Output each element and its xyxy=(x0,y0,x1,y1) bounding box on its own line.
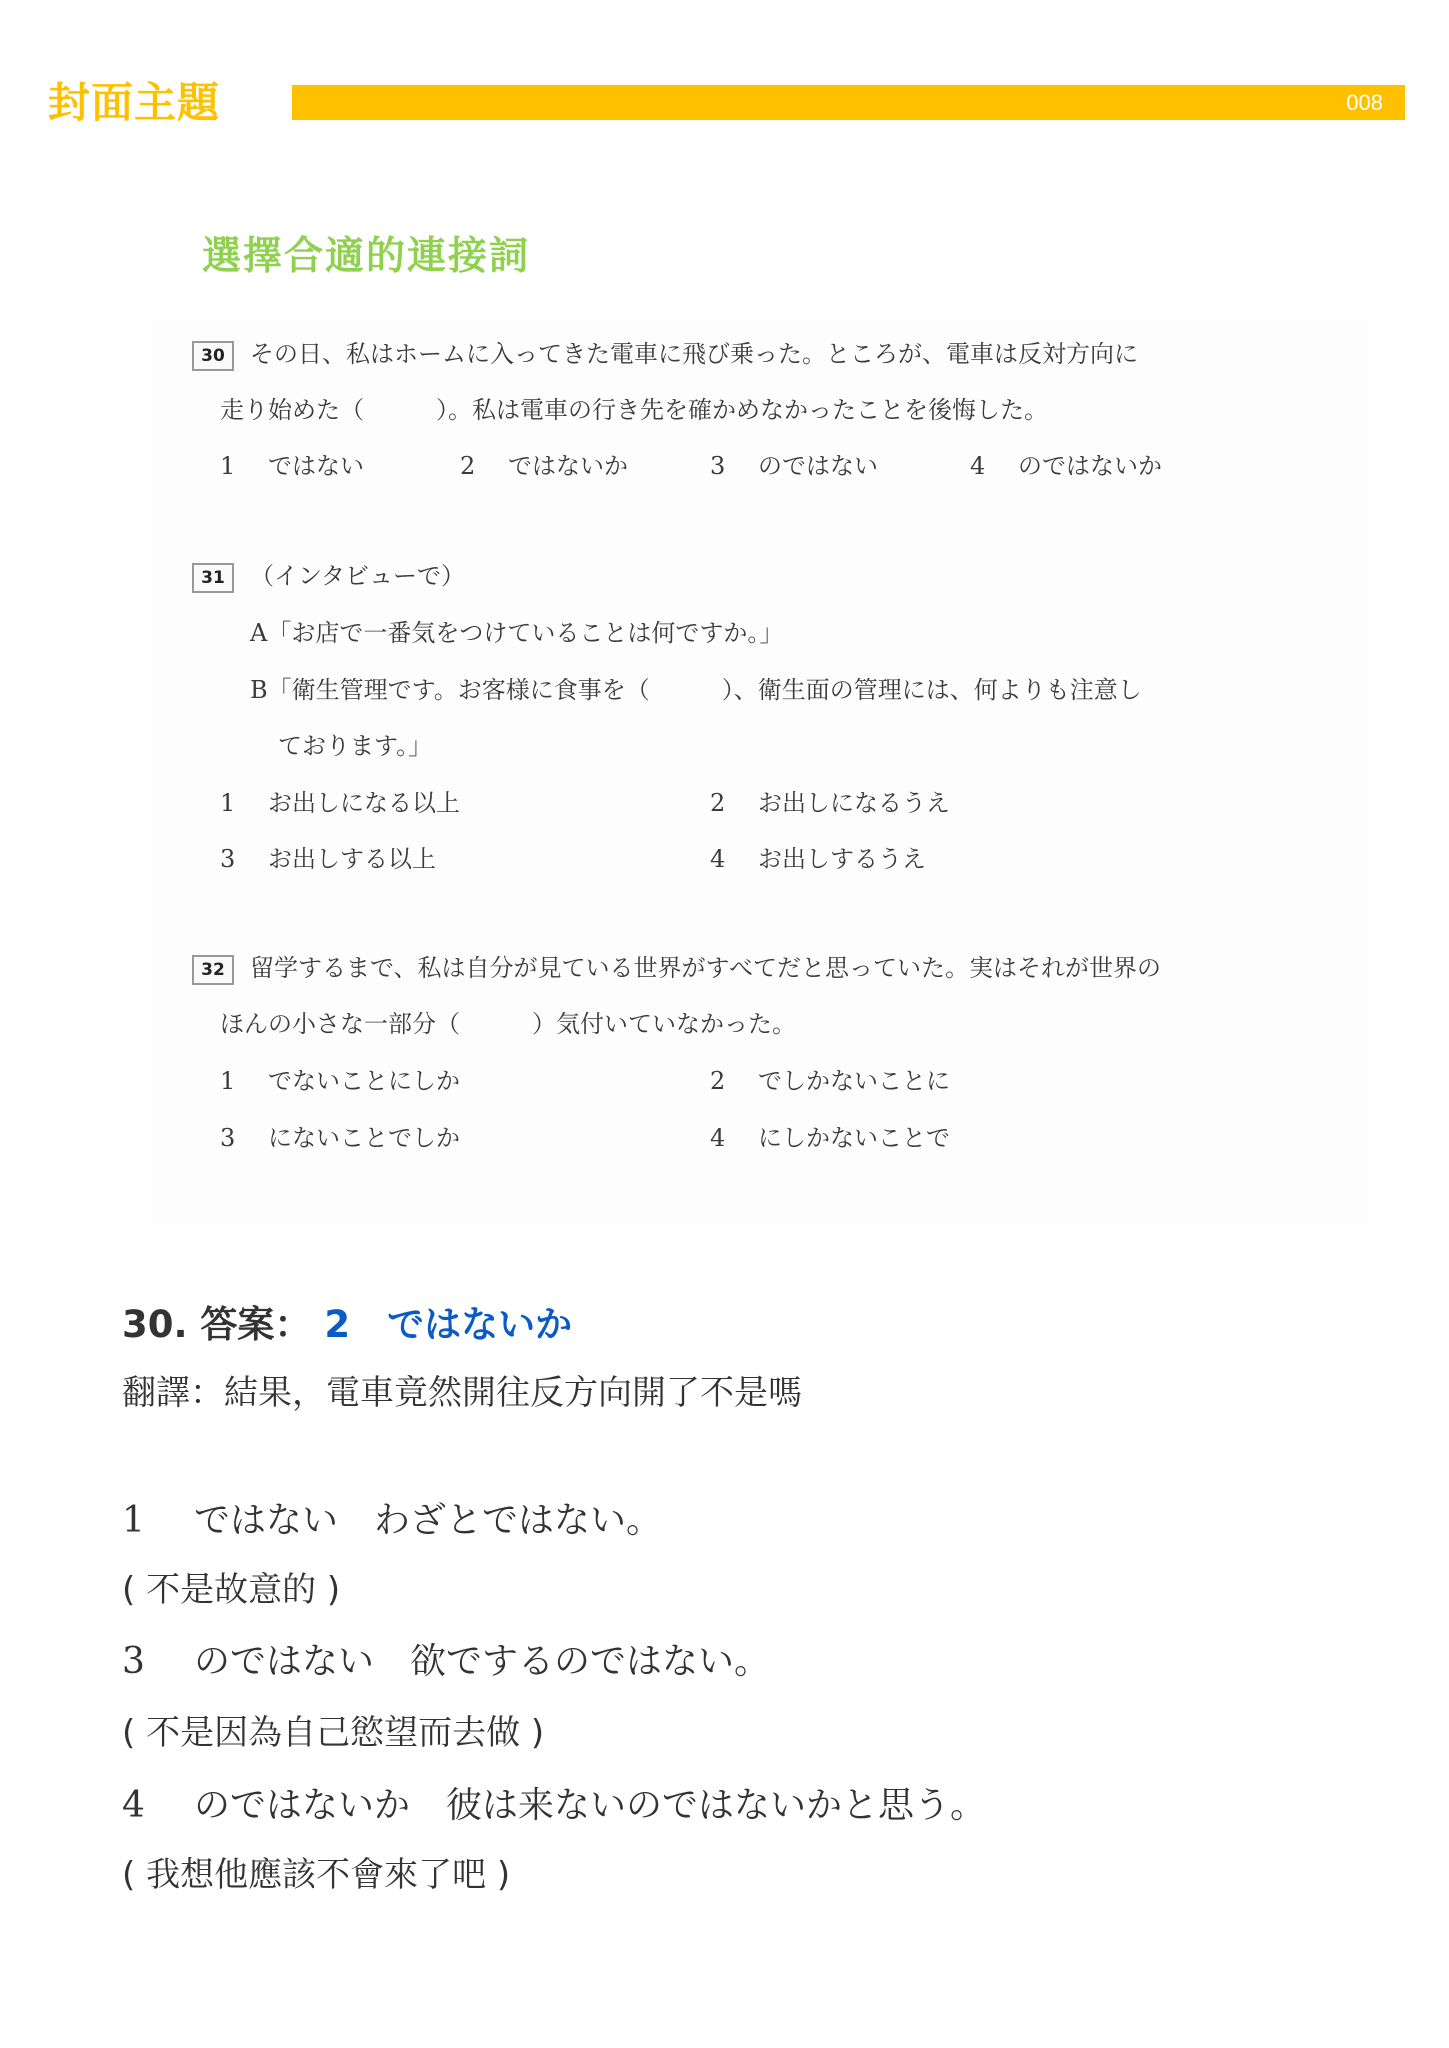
question-text-line: ております。」 xyxy=(278,730,432,762)
question-number-badge: 32 xyxy=(192,955,234,985)
option-3: 3お出しする以上 xyxy=(220,843,436,875)
explanation-jp: 1ではない わざとではない。 xyxy=(122,1497,662,1545)
question-text-line: その日、私はホームに入ってきた電車に飛び乗った。ところが、電車は反対方向に xyxy=(250,338,1138,370)
question-text-line: 留学するまで、私は自分が見ている世界がすべてだと思っていた。実はそれが世界の xyxy=(250,952,1161,984)
explanation-zh: ( 不是故意的 ) xyxy=(122,1567,340,1613)
header-title: 封面主題 xyxy=(48,78,220,128)
explanation-zh: ( 不是因為自己慾望而去做 ) xyxy=(122,1710,544,1756)
question-number-badge: 30 xyxy=(192,341,234,371)
option-4: 4のではないか xyxy=(970,450,1162,482)
option-1: 1お出しになる以上 xyxy=(220,787,460,819)
option-3: 3にないことでしか xyxy=(220,1122,460,1154)
explanation-zh: ( 我想他應該不會來了吧 ) xyxy=(122,1852,510,1898)
answer-value: 2 ではないか xyxy=(324,1303,572,1346)
explanation-jp: 3のではない 欲でするのではない。 xyxy=(122,1638,770,1686)
option-2: 2お出しになるうえ xyxy=(710,787,950,819)
option-1: 1でないことにしか xyxy=(220,1065,460,1097)
option-3: 3のではない xyxy=(710,450,878,482)
option-2: 2ではないか xyxy=(460,450,628,482)
explanation-jp: 4のではないか 彼は来ないのではないかと思う。 xyxy=(122,1782,986,1830)
question-text-line: A「お店で一番気をつけていることは何ですか。」 xyxy=(250,617,783,649)
section-title: 選擇合適的連接詞 xyxy=(202,232,530,282)
question-text-line: （インタビューで） xyxy=(250,560,465,592)
option-1: 1ではない xyxy=(220,450,364,482)
option-4: 4にしかないことで xyxy=(710,1122,950,1154)
answer-label: 30. 答案： xyxy=(122,1303,311,1346)
exam-scan: 30 その日、私はホームに入ってきた電車に飛び乗った。ところが、電車は反対方向に… xyxy=(150,320,1370,1225)
question-text-line: B「衛生管理です。お客様に食事を（ ）、衛生面の管理には、何よりも注意し xyxy=(250,674,1142,706)
page-number: 008 xyxy=(1346,88,1383,118)
option-2: 2でしかないことに xyxy=(710,1065,950,1097)
question-number-badge: 31 xyxy=(192,563,234,593)
header-bar: 008 xyxy=(292,85,1405,120)
answer-translation: 翻譯：結果，電車竟然開往反方向開了不是嗎 xyxy=(122,1370,802,1416)
answer-heading: 30. 答案： 2 ではないか xyxy=(122,1300,572,1350)
question-text-line: ほんの小さな一部分（ ）気付いていなかった。 xyxy=(220,1008,796,1040)
question-text-line: 走り始めた（ ）。私は電車の行き先を確かめなかったことを後悔した。 xyxy=(220,394,1048,426)
option-4: 4お出しするうえ xyxy=(710,843,926,875)
